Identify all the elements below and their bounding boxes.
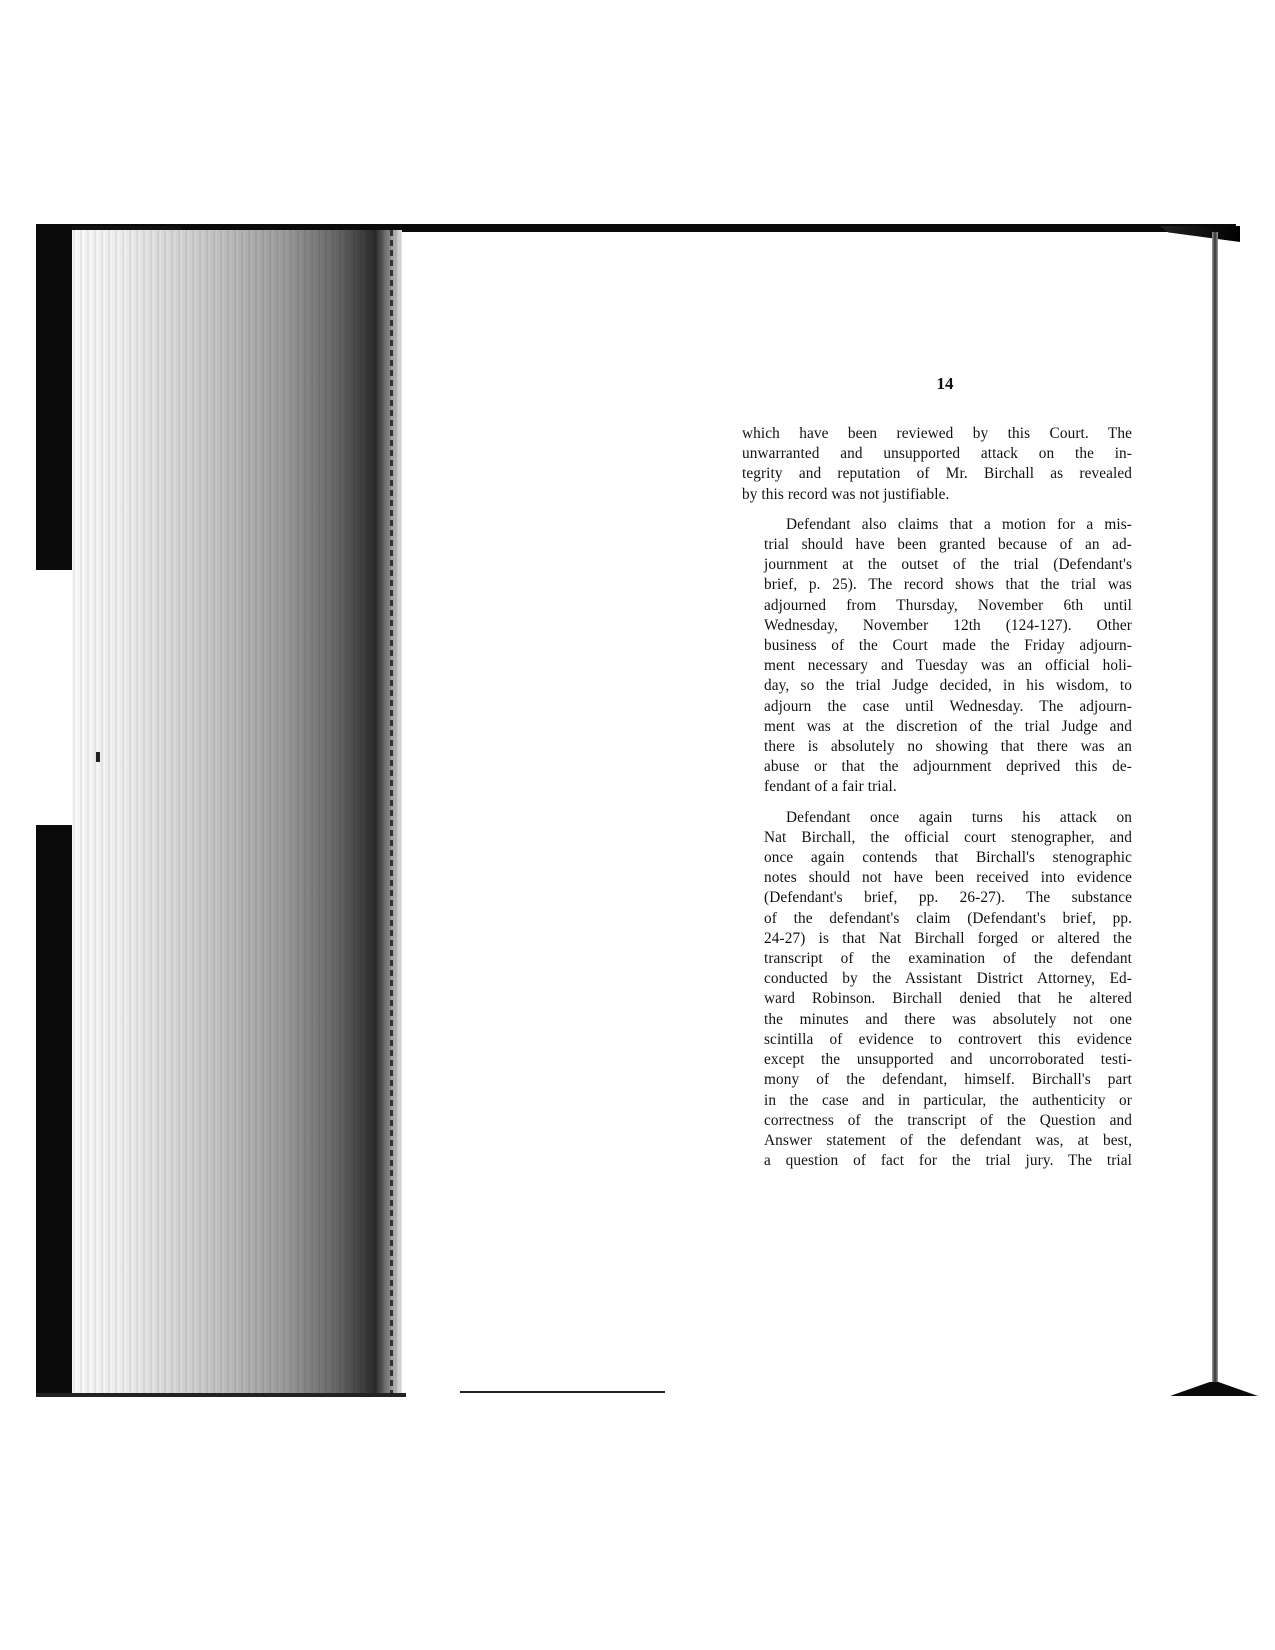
text-line: day, so the trial Judge decided, in his … [742,676,1132,696]
text-line: (Defendant's brief, pp. 26-27). The subs… [742,888,1132,908]
body-text: which have been reviewed by this Court. … [742,424,1132,1181]
text-line: unwarranted and unsupported attack on th… [742,444,1132,464]
text-line: fendant of a fair trial. [742,777,1132,797]
text-line: ment was at the discretion of the trial … [742,717,1132,737]
text-line: Defendant once again turns his attack on [742,808,1132,828]
text-line: the minutes and there was absolutely not… [742,1010,1132,1030]
book-binding-upper [36,226,72,570]
text-line: by this record was not justifiable. [742,485,1132,505]
text-line: 24-27) is that Nat Birchall forged or al… [742,929,1132,949]
text-line: there is absolutely no showing that ther… [742,737,1132,757]
text-line: which have been reviewed by this Court. … [742,424,1132,444]
text-line: abuse or that the adjournment deprived t… [742,757,1132,777]
text-line: adjourn the case until Wednesday. The ad… [742,697,1132,717]
text-line: trial should have been granted because o… [742,535,1132,555]
right-page-edge-foot [1170,1382,1258,1396]
text-line: in the case and in particular, the authe… [742,1091,1132,1111]
text-line: of the defendant's claim (Defendant's br… [742,909,1132,929]
paragraph-3: Defendant once again turns his attack on… [742,808,1132,1172]
text-line: Wednesday, November 12th (124-127). Othe… [742,616,1132,636]
gutter-edge-line [390,230,393,1395]
text-line: ward Robinson. Birchall denied that he a… [742,989,1132,1009]
text-line: tegrity and reputation of Mr. Birchall a… [742,464,1132,484]
text-line: notes should not have been received into… [742,868,1132,888]
book-binding-lower [36,825,72,1395]
text-line: Answer statement of the defendant was, a… [742,1131,1132,1151]
text-line: Nat Birchall, the official court stenogr… [742,828,1132,848]
text-line: mony of the defendant, himself. Birchall… [742,1070,1132,1090]
text-line: correctness of the transcript of the Que… [742,1111,1132,1131]
text-line: brief, p. 25). The record shows that the… [742,575,1132,595]
stray-scan-mark [96,752,100,762]
paragraph-2: Defendant also claims that a motion for … [742,515,1132,798]
bottom-edge-left [36,1393,406,1397]
paragraph-1: which have been reviewed by this Court. … [742,424,1132,505]
text-line: journment at the outset of the trial (De… [742,555,1132,575]
right-page-edge [1212,232,1218,1392]
gutter-shadow [72,230,402,1395]
text-line: a question of fact for the trial jury. T… [742,1151,1132,1171]
top-right-corner-edge [1160,226,1240,242]
text-line: Defendant also claims that a motion for … [742,515,1132,535]
page-number: 14 [930,374,960,394]
text-line: ment necessary and Tuesday was an offici… [742,656,1132,676]
text-line: transcript of the examination of the def… [742,949,1132,969]
scanned-page-spread: 14 which have been reviewed by this Cour… [0,0,1275,1650]
text-line: adjourned from Thursday, November 6th un… [742,596,1132,616]
text-line: once again contends that Birchall's sten… [742,848,1132,868]
text-line: scintilla of evidence to controvert this… [742,1030,1132,1050]
text-line: business of the Court made the Friday ad… [742,636,1132,656]
text-line: except the unsupported and uncorroborate… [742,1050,1132,1070]
text-line: conducted by the Assistant District Atto… [742,969,1132,989]
bottom-edge-middle [460,1391,665,1393]
